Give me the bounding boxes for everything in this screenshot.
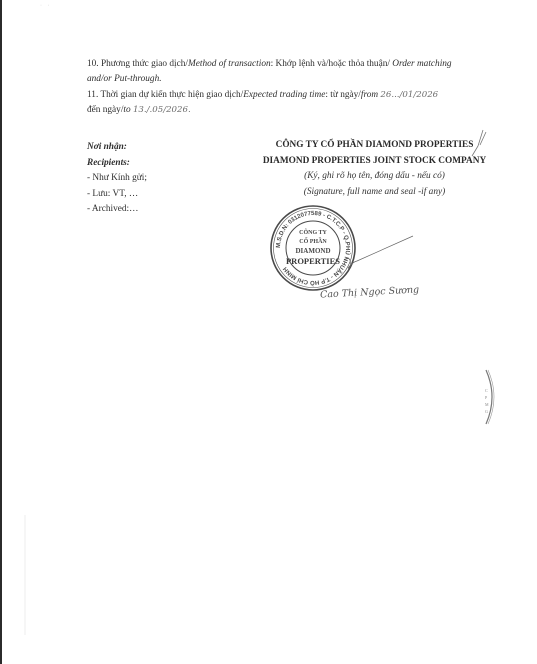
- from-date: 26.../01/2026: [380, 90, 438, 100]
- to-en: to: [123, 105, 133, 115]
- item-number: 10.: [87, 59, 99, 69]
- from-vi: : từ ngày/: [325, 90, 361, 100]
- value-vi: : Khớp lệnh và/hoặc thỏa thuận/: [271, 59, 393, 69]
- to-date: 13./.05/2026.: [133, 105, 191, 115]
- recipients-title-vi: Nơi nhận:: [87, 140, 147, 156]
- recipient-item: - Archived:…: [87, 202, 147, 218]
- item-10-transaction-method: 10. Phương thức giao dịch/Method of tran…: [87, 57, 465, 87]
- svg-text:G: G: [485, 409, 488, 414]
- faint-scan-marks: [22, 515, 28, 635]
- svg-text:C: C: [485, 388, 488, 393]
- sign-note-vi: (Ký, ghi rõ họ tên, đóng dấu - nếu có): [222, 169, 527, 185]
- to-vi: đến ngày/: [87, 105, 123, 115]
- seal-line: DIAMOND: [296, 247, 331, 255]
- recipients-title-en: Recipients:: [87, 156, 147, 172]
- svg-text:P: P: [485, 395, 488, 400]
- label-vi: Phương thức giao dịch/: [101, 59, 188, 69]
- label-en: Method of transaction: [188, 59, 271, 69]
- seal-line: CÔNG TY: [299, 228, 327, 236]
- item-11-expected-trading-time: 11. Thời gian dự kiến thực hiện giao dịc…: [87, 88, 465, 118]
- item-number: 11.: [87, 90, 98, 100]
- sign-note-en: (Signature, full name and seal -if any): [222, 185, 527, 201]
- seal-line: CỔ PHẦN: [299, 237, 327, 245]
- seal-line: PROPERTIES: [286, 256, 340, 266]
- recipient-item: - Lưu: VT, …: [87, 187, 147, 203]
- recipient-item: - Như Kính gửi;: [87, 171, 147, 187]
- page-left-edge: [0, 0, 2, 664]
- partial-seal-edge-icon: C P M G: [484, 368, 498, 426]
- signature-stroke-icon: [343, 234, 415, 274]
- svg-text:M: M: [485, 402, 489, 407]
- from-en: from: [361, 90, 381, 100]
- scan-corner-mark: · ·: [40, 3, 52, 9]
- initial-mark-icon: [466, 128, 488, 158]
- label-vi: Thời gian dự kiến thực hiện giao dịch/: [100, 90, 243, 100]
- recipients-block: Nơi nhận: Recipients: - Như Kính gửi; - …: [87, 140, 147, 218]
- label-en: Expected trading time: [243, 90, 325, 100]
